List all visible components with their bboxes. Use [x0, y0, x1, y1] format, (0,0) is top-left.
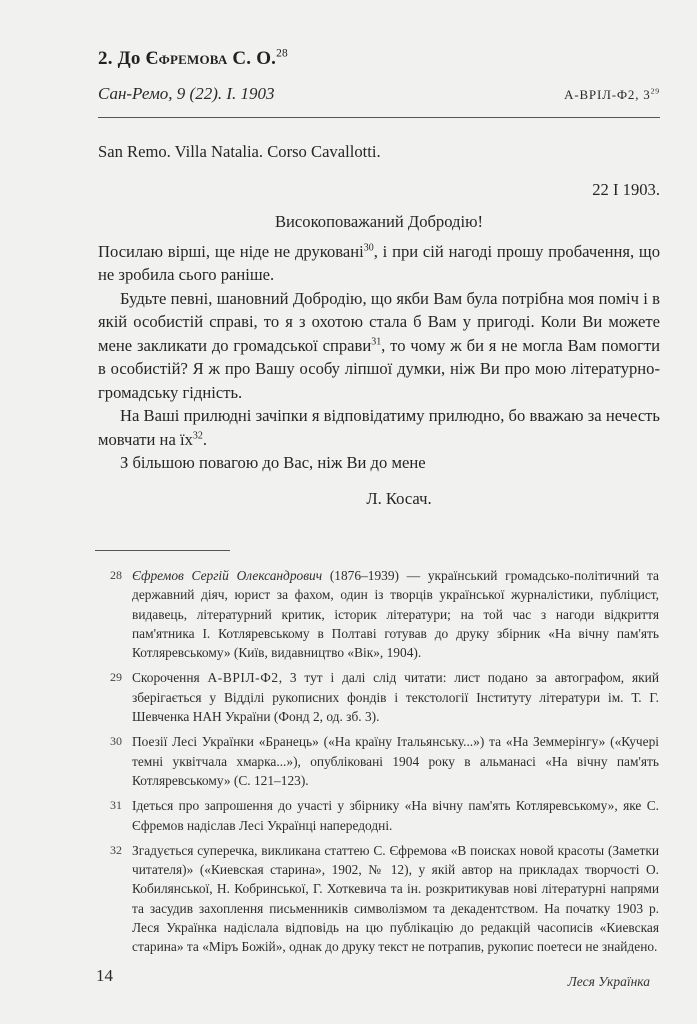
footnote-30: 30 Поезії Лесі Українки «Бранець» («На к…: [110, 732, 659, 790]
footnote-number: 29: [110, 668, 122, 687]
footnote-31: 31 Ідеться про запрошення до участі у зб…: [110, 796, 659, 835]
archive-code-text: А-ВРІЛ-Ф2, 3: [564, 87, 650, 102]
footnote-prefix: Скорочення: [132, 670, 208, 685]
footnote-text: Поезії Лесі Українки «Бранець» («На краї…: [132, 734, 659, 788]
letter-number: 2.: [98, 48, 118, 69]
paragraph-3-text-a: На Ваші прилюдні зачіпки я відповідатиму…: [98, 406, 660, 449]
recipient-name: Єфремова С. О.: [146, 48, 277, 69]
footnotes: 28 Єфремов Сергій Олександрович (1876–19…: [110, 566, 659, 963]
footnote-italic-name: Єфремов Сергій Олександрович: [132, 568, 322, 583]
footnote-number: 32: [110, 841, 122, 860]
page-number: 14: [96, 966, 113, 986]
paragraph-3: На Ваші прилюдні зачіпки я відповідатиму…: [98, 404, 660, 451]
letter-meta: Сан-Ремо, 9 (22). І. 1903 А-ВРІЛ-Ф2, 329: [98, 84, 660, 104]
footnote-ref-31: 31: [371, 336, 381, 347]
footnote-number: 31: [110, 796, 122, 815]
letter-heading: 2. До Єфремова С. О.28: [98, 48, 288, 70]
footnote-ref-30: 30: [364, 242, 374, 253]
footnote-32: 32 Згадується суперечка, викликана статт…: [110, 841, 659, 957]
footnote-number: 28: [110, 566, 122, 585]
footnote-ref-28: 28: [276, 48, 288, 60]
footnote-number: 30: [110, 732, 122, 751]
place-date: Сан-Ремо, 9 (22). І. 1903: [98, 84, 275, 104]
footnote-ref-29: 29: [651, 87, 660, 96]
signature: Л. Косач.: [98, 487, 660, 511]
footnote-text: Згадується суперечка, викликана статтею …: [132, 843, 659, 954]
footnote-text: Ідеться про запрошення до участі у збірн…: [132, 798, 659, 832]
heading-prefix: До: [118, 48, 146, 69]
paragraph-2: Будьте певні, шановний Добродію, що якби…: [98, 287, 660, 405]
footnote-29: 29 Скорочення А-ВРІЛ-Ф2, 3 тут і далі сл…: [110, 668, 659, 726]
heading-divider: [98, 117, 660, 118]
paragraph-3-text-b: .: [203, 430, 207, 449]
paragraph-1: Посилаю вірші, ще ніде не друковані30, і…: [98, 240, 660, 287]
letter-body: San Remo. Villa Natalia. Corso Cavallott…: [98, 140, 660, 510]
paragraph-1-text-a: Посилаю вірші, ще ніде не друковані: [98, 242, 364, 261]
footnote-divider: [95, 550, 230, 551]
closing-line: З більшою повагою до Вас, ніж Ви до мене: [98, 451, 660, 475]
salutation: Високоповажаний Добродію!: [98, 210, 660, 234]
footnote-28: 28 Єфремов Сергій Олександрович (1876–19…: [110, 566, 659, 662]
letter-date: 22 I 1903.: [98, 178, 660, 202]
address-line: San Remo. Villa Natalia. Corso Cavallott…: [98, 140, 660, 164]
running-title: Леся Українка: [568, 974, 650, 990]
archive-code: А-ВРІЛ-Ф2, 329: [564, 87, 660, 103]
book-page: 2. До Єфремова С. О.28 Сан-Ремо, 9 (22).…: [0, 0, 697, 1024]
footnote-ref-32: 32: [193, 430, 203, 441]
archive-abbreviation: А-ВРІЛ-Ф2: [208, 670, 279, 685]
